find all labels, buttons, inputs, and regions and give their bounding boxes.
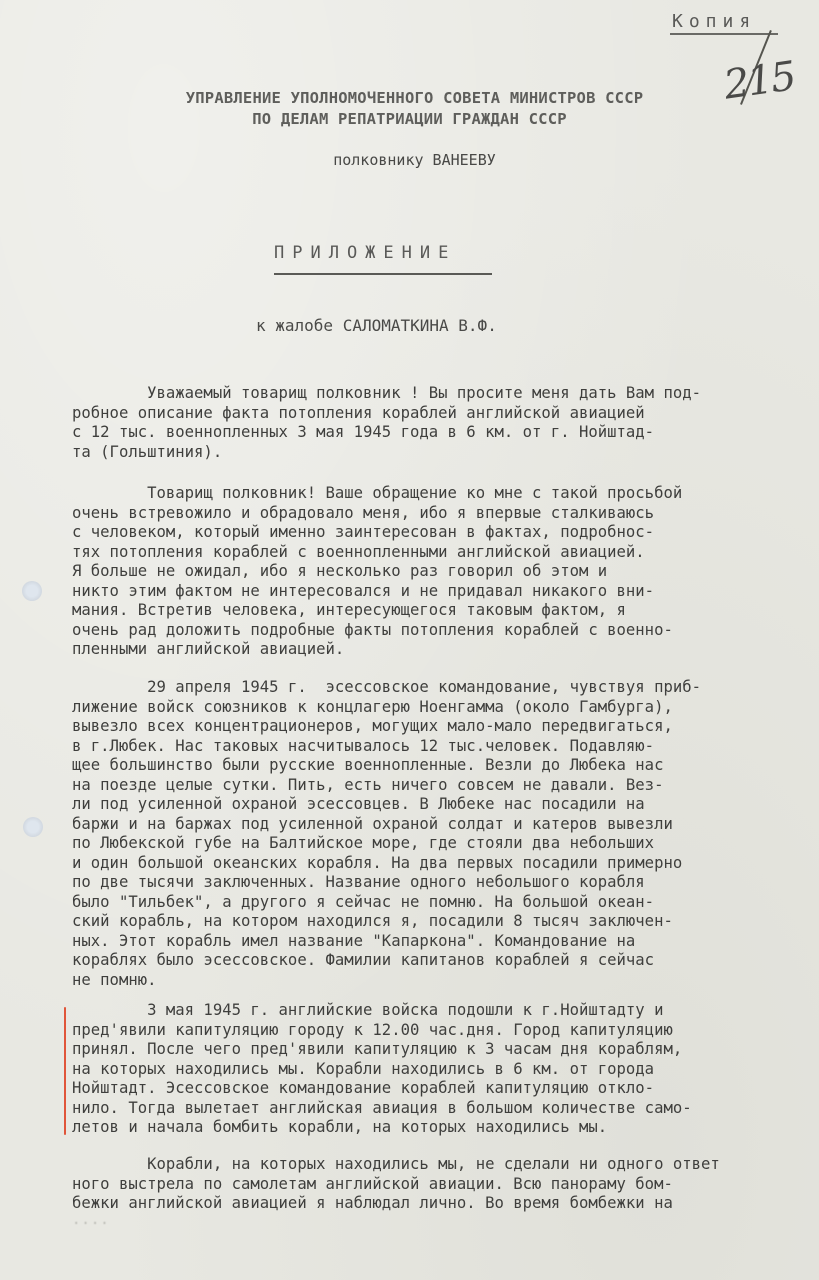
copy-mark: Копия [672, 11, 756, 32]
paragraph-1: Уважаемый товарищ полковник ! Вы просите… [72, 384, 812, 462]
paragraph-2: Товарищ полковник! Ваше обращение ко мне… [72, 484, 812, 660]
paragraph-5: Корабли, на которых находились мы, не сд… [72, 1155, 812, 1214]
faint-stamp: .... [72, 1212, 110, 1228]
copy-mark-underline [670, 33, 778, 35]
document-title: ПРИЛОЖЕНИЕ [274, 243, 456, 263]
addressee: полковнику ВАНЕЕВУ [0, 151, 819, 169]
paragraph-3: 29 апреля 1945 г. эсессовское командован… [72, 678, 812, 990]
title-underline [274, 273, 492, 275]
punch-hole [22, 581, 42, 601]
paragraph-4: 3 мая 1945 г. английские войска подошли … [72, 1001, 812, 1138]
document-page: Копия 215 УПРАВЛЕНИЕ УПОЛНОМОЧЕННОГО СОВ… [0, 0, 819, 1280]
document-subtitle: к жалобе САЛОМАТКИНА В.Ф. [256, 316, 497, 335]
header-line-2: ПО ДЕЛАМ РЕПАТРИАЦИИ ГРАЖДАН СССР [0, 110, 819, 128]
header-line-1: УПРАВЛЕНИЕ УПОЛНОМОЧЕННОГО СОВЕТА МИНИСТ… [0, 89, 819, 107]
red-margin-mark [64, 1007, 66, 1135]
punch-hole [23, 817, 43, 837]
